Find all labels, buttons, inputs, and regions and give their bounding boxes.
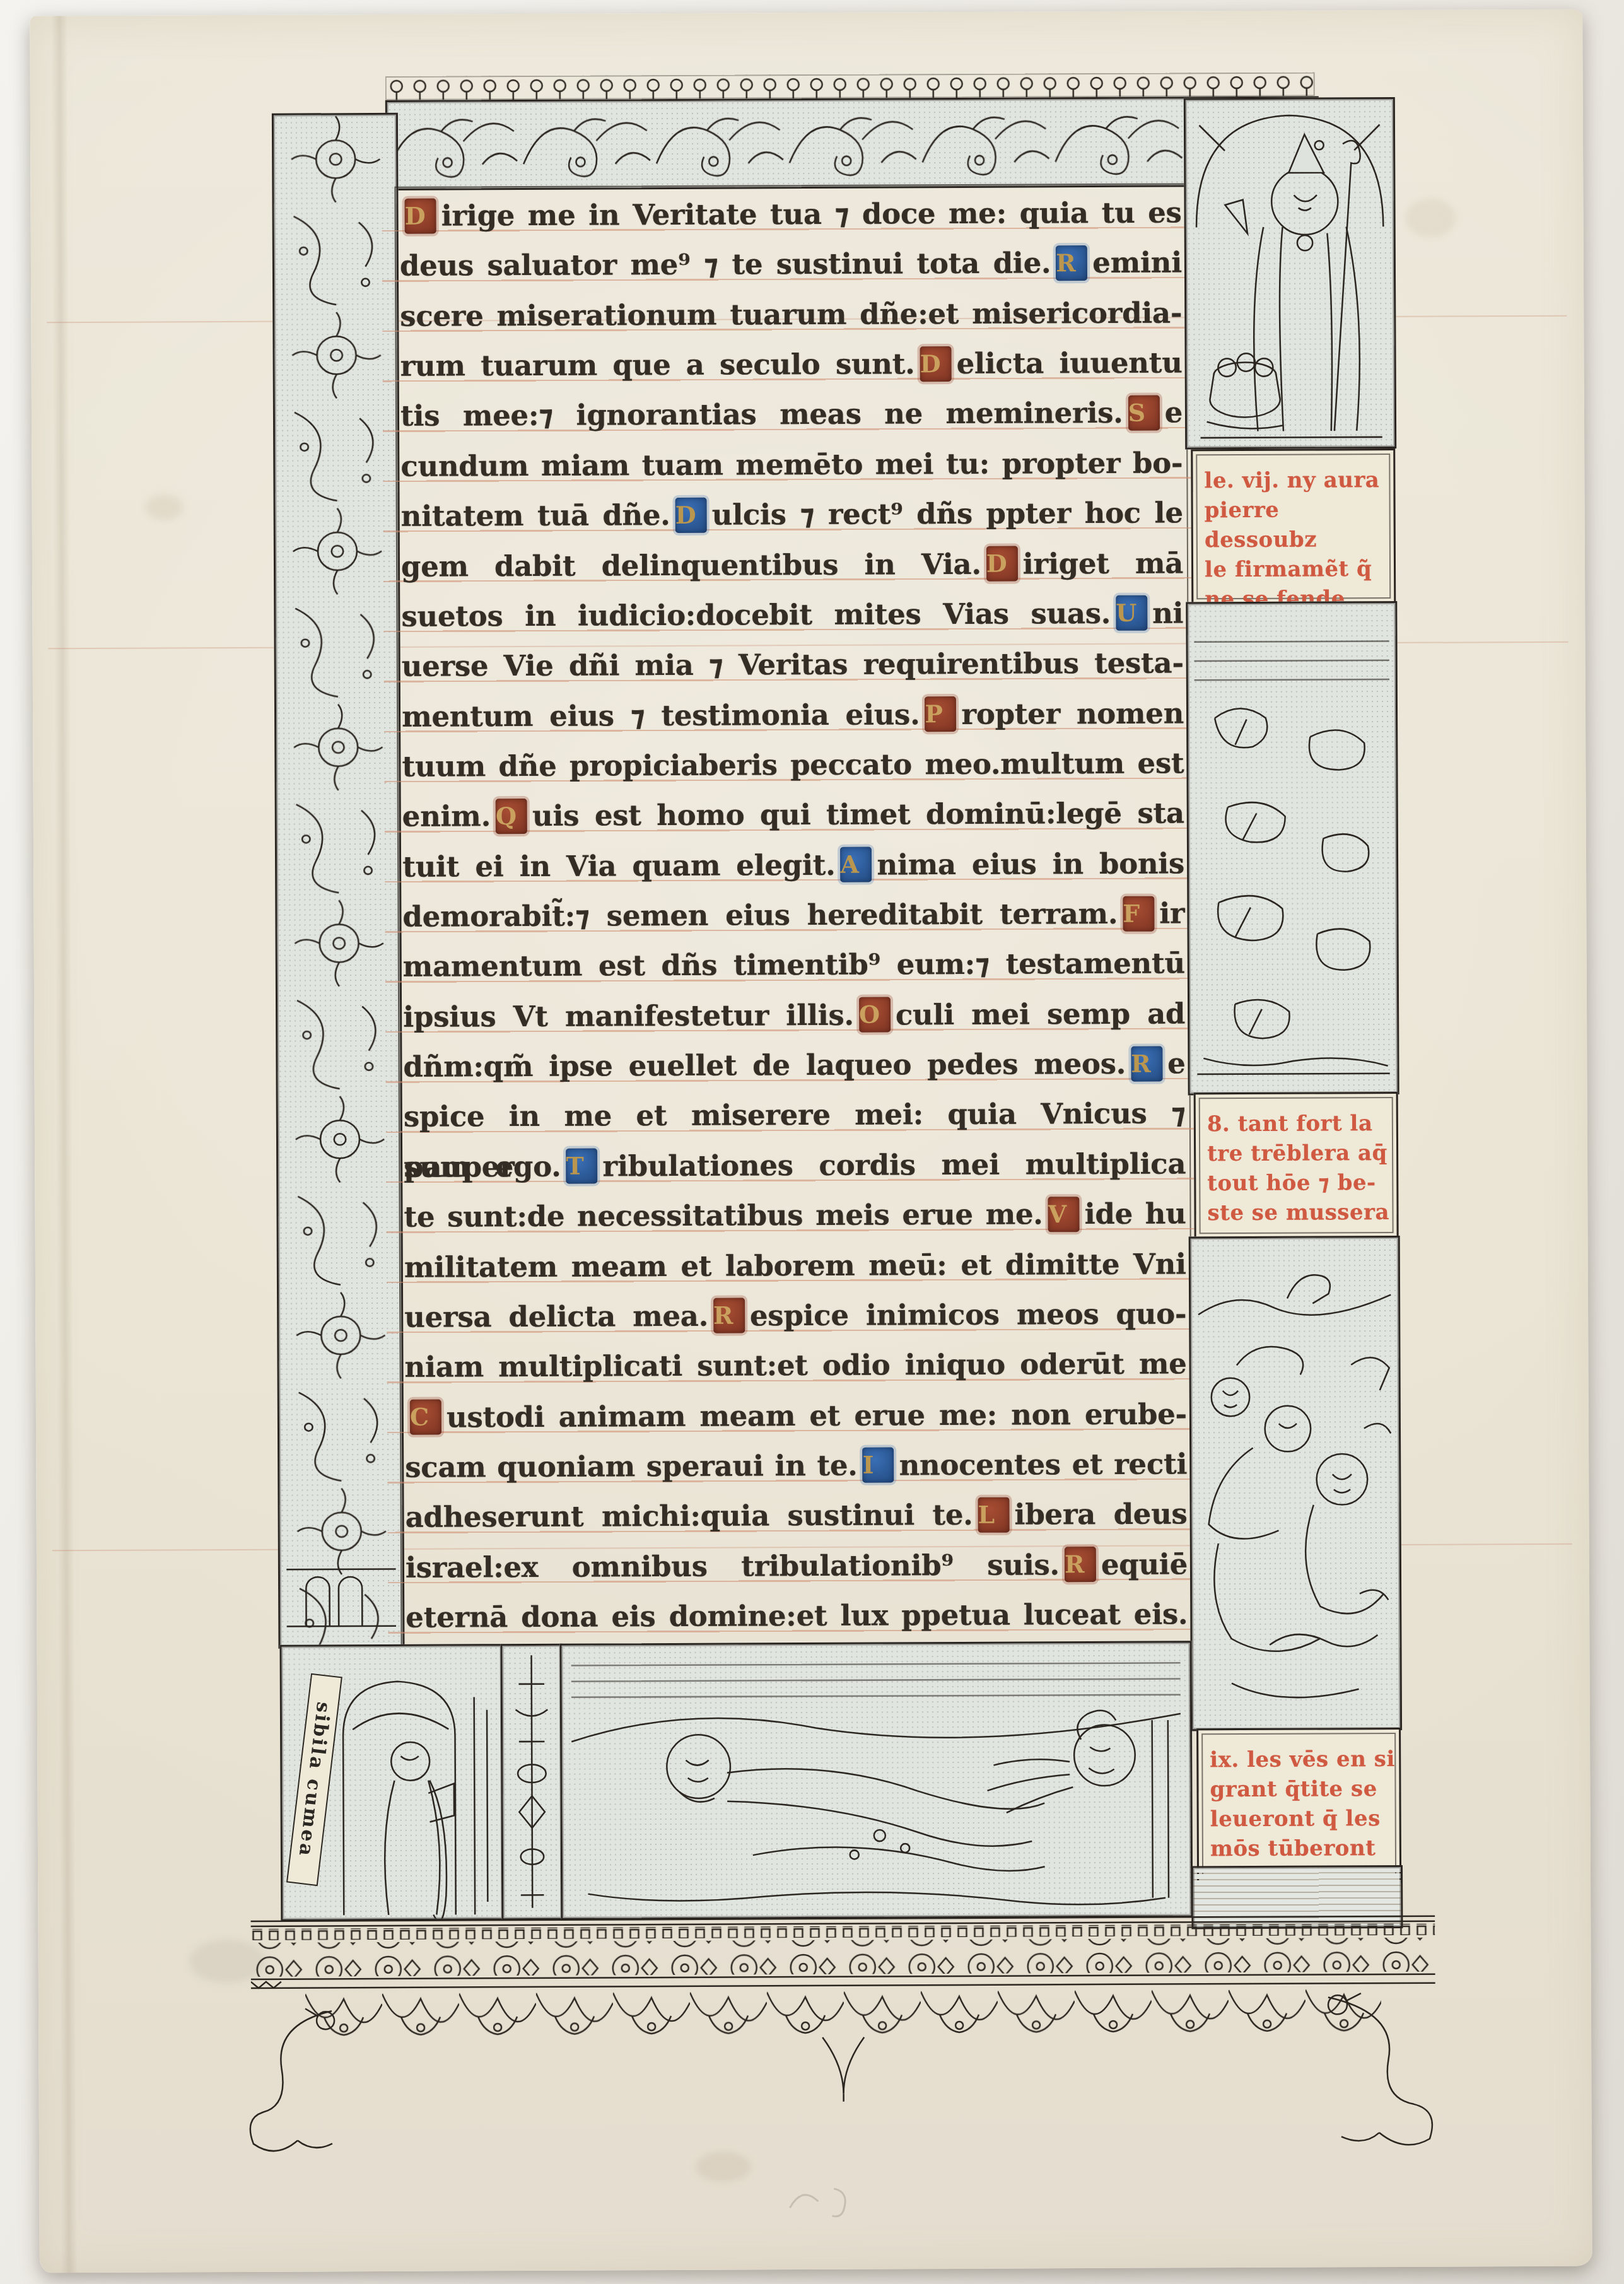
text-line: rum tuarum que a seculo sunt.Delicta iuu…: [400, 337, 1182, 391]
rubric-line: mōs tūberont: [1210, 1834, 1399, 1864]
rubric-line: le firmamẽt q̃: [1205, 554, 1394, 585]
foxing-spot: [1405, 199, 1456, 237]
text-line: niam multiplicati sunt:et odio iniquo od…: [404, 1339, 1186, 1393]
rubric-line: tre trēblera aq̄: [1207, 1139, 1396, 1169]
text-line: spice in me et miserere mei: quia Vnicus…: [404, 1089, 1186, 1142]
binding-crease: [51, 16, 78, 2273]
text-line: deus saluator me⁹ ⁊ te sustinui tota die…: [400, 238, 1182, 291]
hiding-beasts-woodcut: [1189, 1236, 1402, 1731]
illuminated-initial-blue: T: [566, 1149, 597, 1184]
illuminated-initial-red: D: [404, 198, 436, 233]
entablature-frieze: [250, 1914, 1435, 1989]
text-line: mentum eius ⁊ testimonia eius.Propter no…: [402, 688, 1184, 742]
rubric-line: grant q̄tite se: [1210, 1774, 1399, 1805]
wind-scene-woodcut: [559, 1641, 1193, 1919]
illuminated-initial-red: O: [859, 997, 891, 1033]
margin-note-sign-7: le. vij. ny aurapierre dessoubzle firmam…: [1191, 448, 1396, 604]
foxing-spot: [146, 495, 184, 520]
illuminated-initial-blue: R: [1056, 245, 1087, 281]
candelabra-ornament: [500, 1644, 563, 1920]
illuminated-initial-red: P: [925, 696, 956, 732]
foliate-fringe: [305, 1984, 1382, 2105]
handwritten-mark: [777, 2176, 878, 2221]
text-line: cundum miam tuam memēto mei tu: propter …: [400, 438, 1183, 491]
illuminated-initial-red: V: [1048, 1197, 1079, 1232]
illuminated-initial-blue: U: [1116, 595, 1147, 631]
text-line: te sunt:de necessitatibus meis erue me.V…: [404, 1189, 1186, 1243]
illuminated-initial-blue: I: [862, 1448, 894, 1483]
rubric-line: leueront q̄ les: [1210, 1804, 1399, 1834]
rubric-line: ix. les vēs en si: [1210, 1745, 1399, 1775]
illuminated-initial-blue: D: [675, 497, 707, 532]
rubric-line: pierre dessoubz: [1205, 495, 1394, 555]
illuminated-initial-red: C: [410, 1400, 441, 1435]
text-line: scam quoniam speraui in te.Innocentes et…: [405, 1439, 1187, 1492]
illuminated-initial-blue: A: [840, 847, 872, 882]
illuminated-initial-red: R: [1065, 1547, 1096, 1582]
text-line: israel:ex omnibus tribulationib⁹ suis.Re…: [406, 1539, 1188, 1593]
illuminated-initial-red: R: [713, 1298, 745, 1333]
text-line: tis mee:⁊ ignorantias meas ne memineris.…: [400, 388, 1183, 442]
crest-loops: [385, 72, 1315, 100]
foxing-spot: [695, 2151, 752, 2182]
st-nicholas-woodcut: [1184, 97, 1396, 449]
illuminated-initial-red: S: [1128, 395, 1160, 431]
text-line: sum ego.Tribulationes cordis mei multipl…: [404, 1139, 1186, 1192]
manuscript-leaf: Dirige me in Veritate tua ⁊ doce me: qui…: [30, 9, 1592, 2273]
latin-text-lines: Dirige me in Veritate tua ⁊ doce me: qui…: [399, 187, 1188, 1643]
text-line: tuum dñe propiciaberis peccato meo.multu…: [402, 738, 1184, 792]
rubric-line: ste se mussera: [1207, 1198, 1396, 1228]
dragon-grotesque-right: [1303, 1984, 1449, 2155]
text-line: eternā dona eis domine:et lux ppetua luc…: [406, 1589, 1188, 1643]
text-line: militatem meam et laborem meū: et dimitt…: [404, 1239, 1186, 1292]
text-line: suetos in iudicio:docebit mites Vias sua…: [401, 588, 1183, 641]
illuminated-initial-blue: R: [1131, 1046, 1162, 1081]
sibyl-woodcut: sibila cumea: [279, 1644, 504, 1921]
rubric-line: le. vij. ny aura: [1204, 466, 1393, 496]
illuminated-initial-red: F: [1123, 896, 1154, 931]
text-line: uerse Vie dñi mia ⁊ Veritas requirentibu…: [402, 638, 1184, 692]
text-line: enim.Quis est homo qui timet dominū:legē…: [402, 788, 1184, 842]
illuminated-initial-red: Q: [496, 799, 527, 834]
illuminated-initial-red: L: [978, 1497, 1009, 1532]
text-line: ipsius Vt manifestetur illis.Oculi mei s…: [403, 988, 1185, 1042]
rubric-line: tout hōe ⁊ be-: [1207, 1168, 1396, 1198]
text-line: gem dabit delinquentibus in Via.Diriget …: [401, 538, 1183, 592]
dragon-grotesque-left: [237, 1998, 358, 2163]
text-line: mamentum est dñs timentib⁹ eum:⁊ testame…: [403, 939, 1185, 992]
margin-note-sign-9: ix. les vēs en sigrant q̄tite seleueront…: [1196, 1728, 1401, 1883]
text-line: tuit ei in Via quam elegit.Anima eius in…: [402, 838, 1184, 892]
text-line: adheserunt michi:quia sustinui te.Libera…: [405, 1489, 1187, 1543]
vine-scroll-border-top: [385, 96, 1319, 190]
illuminated-initial-red: D: [920, 346, 951, 382]
text-line: dñm:qm̃ ipse euellet de laqueo pedes meo…: [403, 1039, 1185, 1092]
text-line: Dirige me in Veritate tua ⁊ doce me: qui…: [399, 187, 1181, 241]
text-line: scere miserationum tuarum dñe:et miseric…: [400, 288, 1182, 341]
margin-note-sign-8: 8. tant fort latre trēblera aq̄tout hōe …: [1194, 1092, 1399, 1239]
scanned-manuscript: Dirige me in Veritate tua ⁊ doce me: qui…: [0, 0, 1624, 2284]
text-line: uersa delicta mea.Respice inimicos meos …: [404, 1289, 1186, 1342]
text-line: nitatem tuā dñe.Dulcis ⁊ rect⁹ dñs ppter…: [400, 488, 1183, 542]
rubric-line: 8. tant fort la: [1207, 1109, 1396, 1139]
text-line: demorabit̃:⁊ semen eius hereditabit terr…: [402, 888, 1184, 942]
illuminated-initial-red: D: [986, 546, 1018, 582]
splitting-stones-woodcut: [1186, 601, 1399, 1095]
text-line: Custodi animam meam et erue me: non erub…: [405, 1389, 1187, 1443]
